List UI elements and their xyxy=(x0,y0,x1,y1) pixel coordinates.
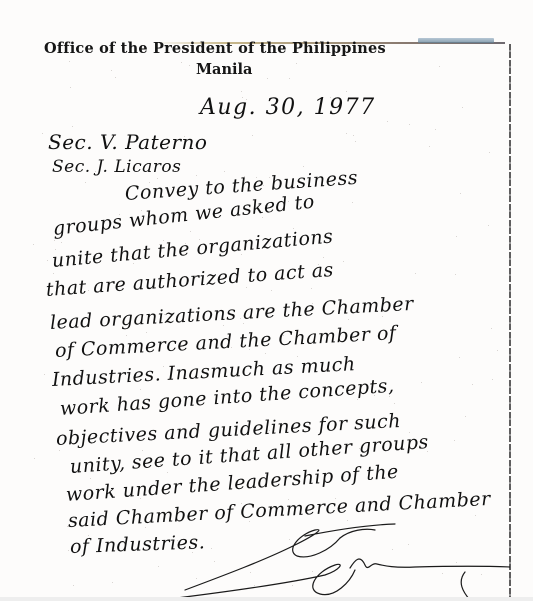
speckle xyxy=(90,478,91,479)
addressee-1: Sec. V. Paterno xyxy=(48,130,207,154)
speckle xyxy=(323,257,324,258)
speckle xyxy=(68,550,69,551)
tape-mark xyxy=(418,38,494,43)
speckle xyxy=(465,416,466,417)
speckle xyxy=(112,582,113,583)
speckle xyxy=(265,353,266,354)
speckle xyxy=(140,389,141,390)
speckle xyxy=(47,260,48,261)
speckle xyxy=(311,288,312,289)
speckle xyxy=(346,91,347,92)
speckle xyxy=(115,77,116,78)
speckle xyxy=(70,87,71,88)
speckle xyxy=(189,65,190,66)
speckle xyxy=(456,236,457,237)
speckle xyxy=(459,357,460,358)
speckle xyxy=(454,440,455,441)
speckle xyxy=(462,107,463,108)
speckle xyxy=(69,61,70,62)
speckle xyxy=(472,384,473,385)
speckle xyxy=(54,240,55,241)
speckle xyxy=(303,166,304,167)
speckle xyxy=(497,350,498,351)
speckle xyxy=(34,458,35,459)
speckle xyxy=(435,129,436,130)
addressee-2: Sec. J. Licaros xyxy=(52,157,181,177)
speckle xyxy=(353,135,354,136)
speckle xyxy=(460,193,461,194)
speckle xyxy=(352,202,353,203)
speckle xyxy=(190,231,191,232)
speckle xyxy=(415,273,416,274)
speckle xyxy=(492,379,493,380)
speckle xyxy=(44,374,45,375)
speckle xyxy=(241,91,242,92)
speckle xyxy=(252,135,253,136)
speckle xyxy=(157,178,158,179)
speckle xyxy=(61,242,62,243)
speckle xyxy=(267,78,268,79)
speckle xyxy=(246,287,247,288)
speckle xyxy=(348,319,349,320)
speckle xyxy=(357,399,358,400)
speckle xyxy=(429,146,430,147)
speckle xyxy=(343,261,344,262)
speckle xyxy=(289,78,290,79)
speckle xyxy=(42,133,43,134)
speckle xyxy=(53,273,54,274)
signature xyxy=(165,520,510,600)
speckle xyxy=(296,63,297,64)
speckle xyxy=(59,450,60,451)
speckle xyxy=(72,126,73,127)
signature-scrawl-icon xyxy=(165,520,510,600)
speckle xyxy=(387,121,388,122)
speckle xyxy=(489,152,490,153)
letterhead-office: Office of the President of the Philippin… xyxy=(44,40,386,57)
speckle xyxy=(33,244,34,245)
speckle xyxy=(439,66,440,67)
speckle xyxy=(158,566,159,567)
speckle xyxy=(346,133,347,134)
memo-date: Aug. 30, 1977 xyxy=(200,95,376,120)
speckle xyxy=(223,325,224,326)
speckle xyxy=(455,274,456,275)
speckle xyxy=(491,328,492,329)
page-edge xyxy=(509,44,511,597)
speckle xyxy=(146,332,147,333)
letterhead-city: Manila xyxy=(196,61,252,78)
speckle xyxy=(394,403,395,404)
speckle xyxy=(409,124,410,125)
speckle xyxy=(167,472,168,473)
speckle xyxy=(421,382,422,383)
scanned-memo-page: Office of the President of the Philippin… xyxy=(0,0,533,597)
speckle xyxy=(224,171,225,172)
speckle xyxy=(73,585,74,586)
speckle xyxy=(271,290,272,291)
speckle xyxy=(475,515,476,516)
scan-bottom-edge xyxy=(0,597,533,601)
speckle xyxy=(355,141,356,142)
speckle xyxy=(85,182,86,183)
speckle xyxy=(181,62,182,63)
speckle xyxy=(111,70,112,71)
speckle xyxy=(196,175,197,176)
speckle xyxy=(488,225,489,226)
